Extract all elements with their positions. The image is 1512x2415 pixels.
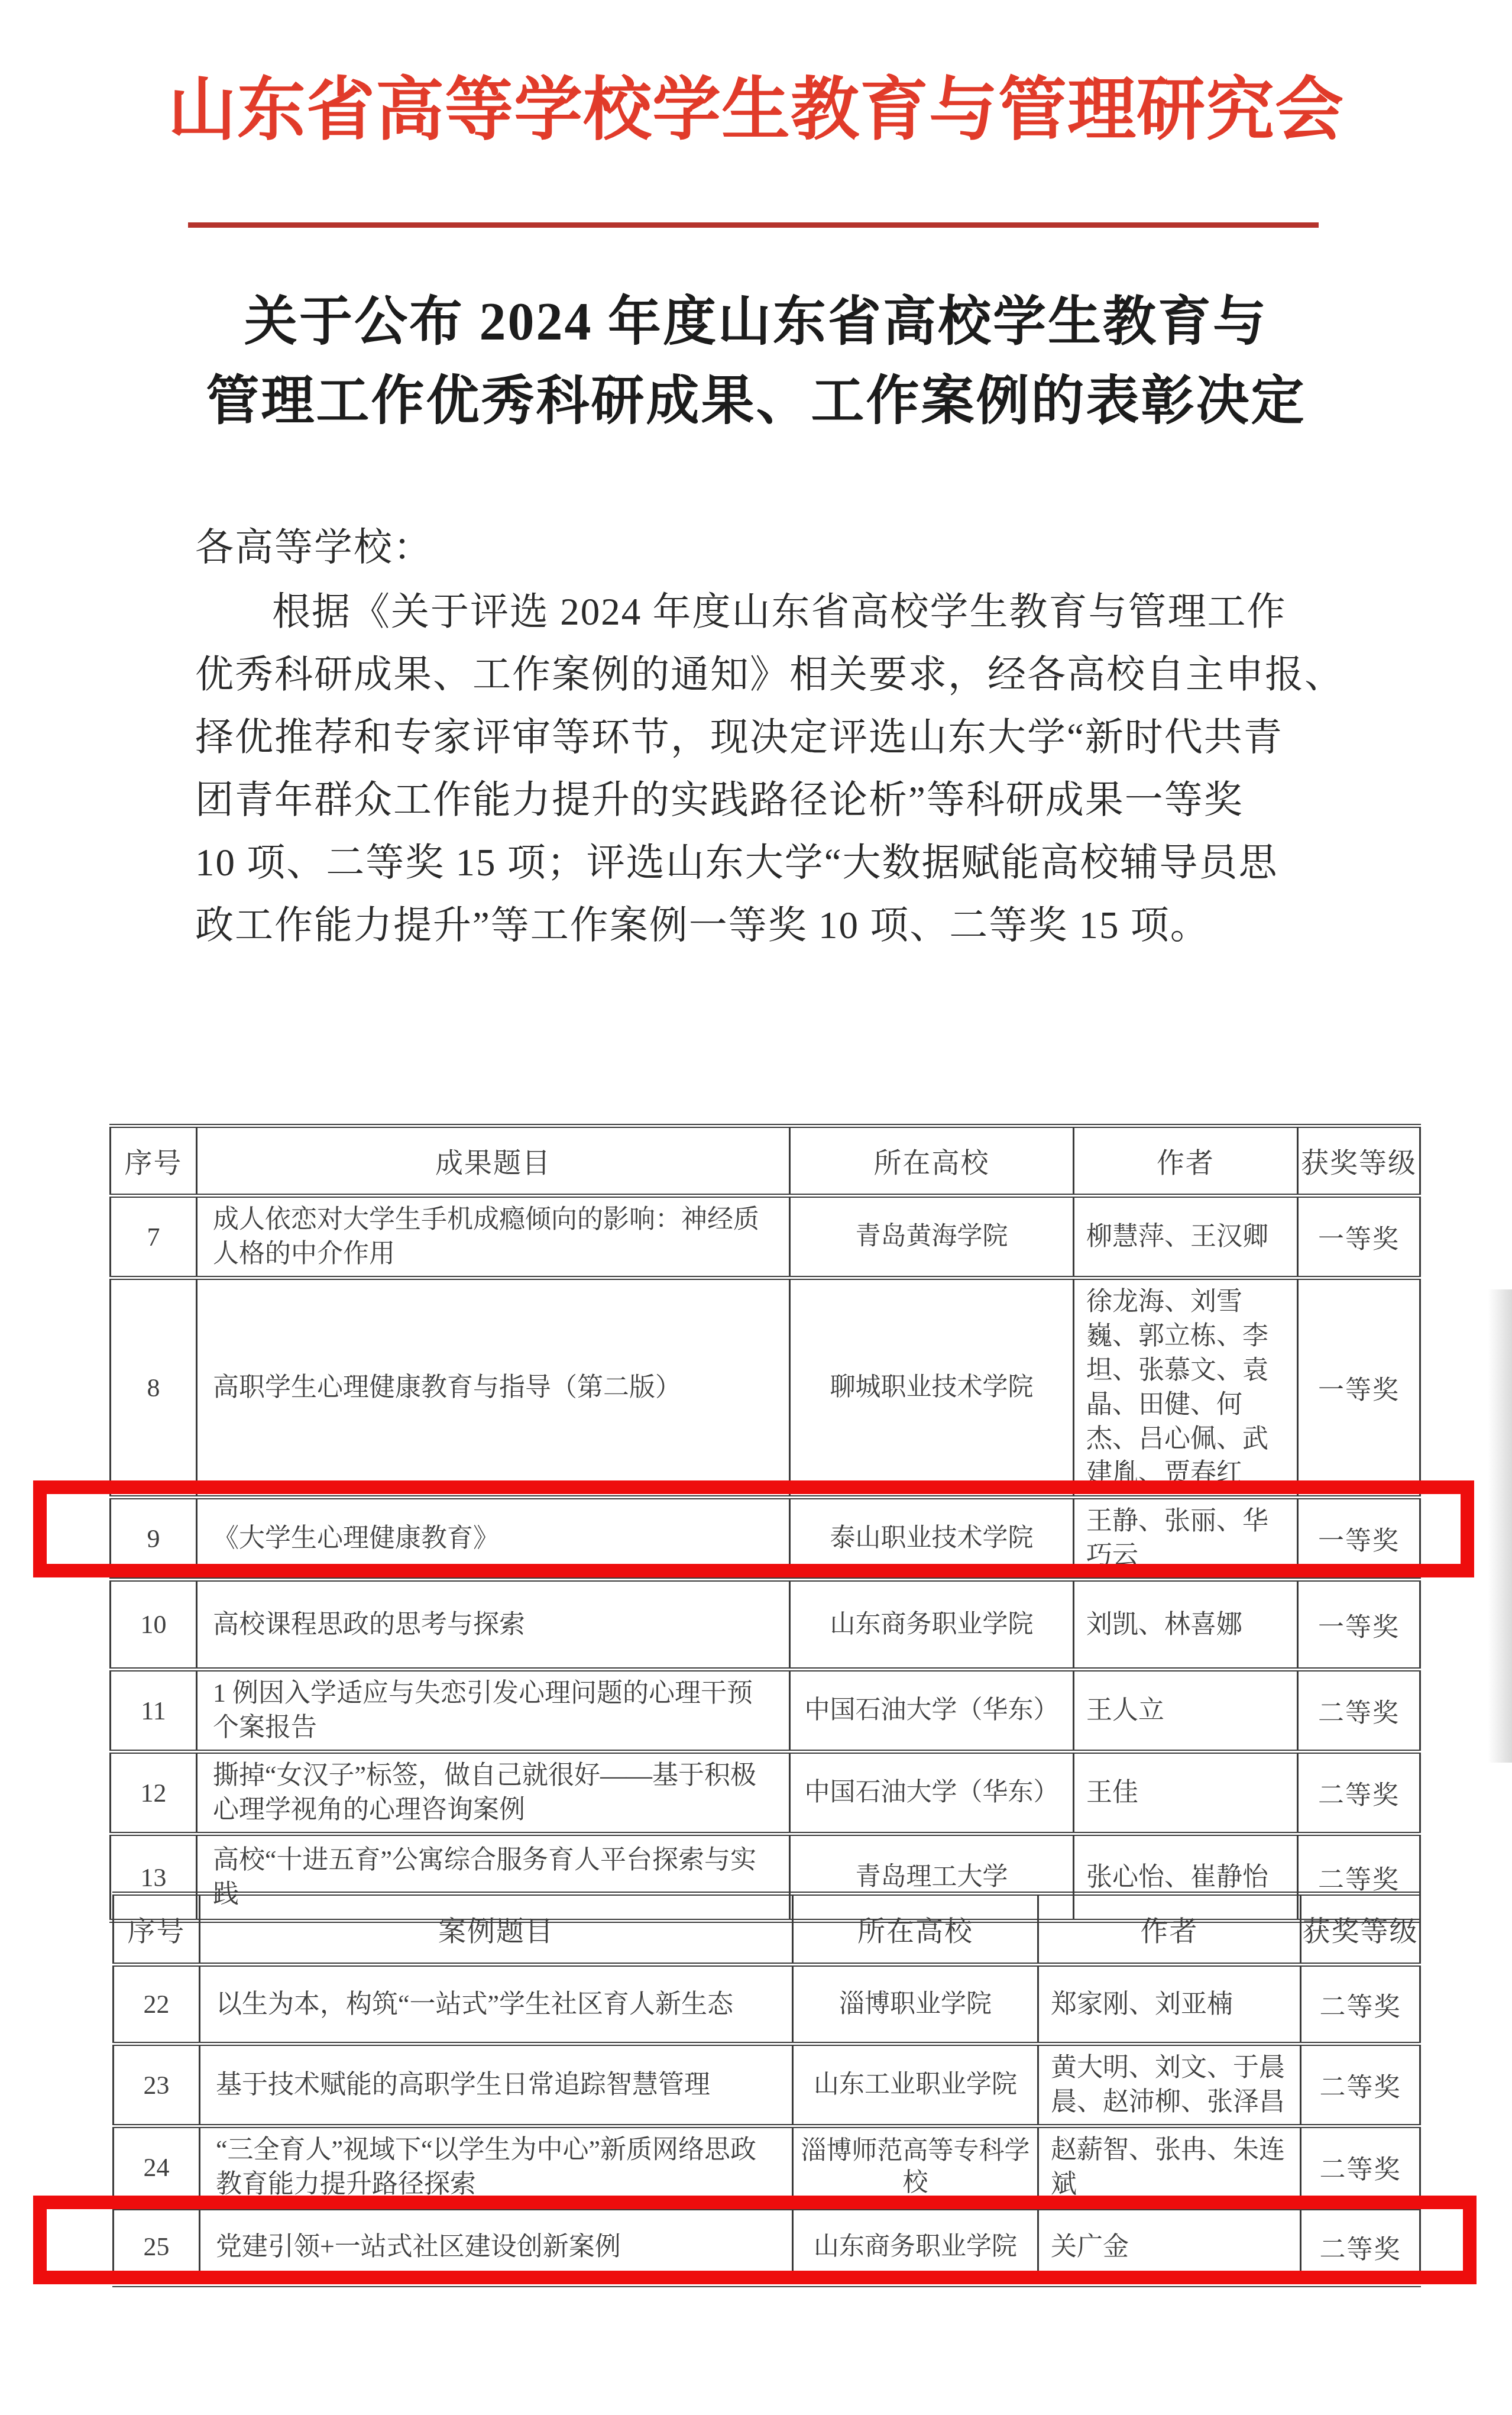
cell-seq: 24 (114, 2126, 200, 2209)
red-divider-line (188, 222, 1319, 228)
table-header-row: 序号 案例题目 所在高校 作者 获奖等级 (114, 1894, 1420, 1965)
cell-seq: 12 (111, 1752, 197, 1834)
cell-school: 淄博师范高等专科学校 (793, 2126, 1038, 2209)
paragraph-line: 政工作能力提升”等工作案例一等奖 10 项、二等奖 15 项。 (195, 894, 1354, 957)
col-header-title: 成果题目 (197, 1126, 790, 1196)
cell-seq: 10 (111, 1580, 197, 1670)
table-row: 24 “三全育人”视域下“以学生为中心”新质网络思政教育能力提升路径探索 淄博师… (114, 2126, 1420, 2209)
cell-title: “三全育人”视域下“以学生为中心”新质网络思政教育能力提升路径探索 (200, 2126, 793, 2209)
cell-title: 成人依恋对大学生手机成瘾倾向的影响：神经质人格的中介作用 (197, 1196, 790, 1278)
cell-award: 一等奖 (1298, 1498, 1420, 1580)
cell-authors: 关广金 (1038, 2209, 1301, 2285)
cell-award: 二等奖 (1301, 2209, 1420, 2285)
cell-school: 中国石油大学（华东） (790, 1670, 1074, 1752)
cell-school: 聊城职业技术学院 (790, 1278, 1074, 1498)
cell-authors: 黄大明、刘文、于晨晨、赵沛柳、张泽昌 (1038, 2044, 1301, 2126)
col-header-seq: 序号 (111, 1126, 197, 1196)
col-header-seq: 序号 (114, 1894, 200, 1965)
cell-seq: 8 (111, 1278, 197, 1498)
cell-school: 淄博职业学院 (793, 1965, 1038, 2044)
cell-award: 一等奖 (1298, 1580, 1420, 1670)
paragraph-line: 团青年群众工作能力提升的实践路径论析”等科研成果一等奖 (195, 769, 1354, 832)
cell-school: 山东商务职业学院 (790, 1580, 1074, 1670)
cell-award: 二等奖 (1298, 1752, 1420, 1834)
cell-title: 基于技术赋能的高职学生日常追踪智慧管理 (200, 2044, 793, 2126)
table-row: 8 高职学生心理健康教育与指导（第二版） 聊城职业技术学院 徐龙海、刘雪巍、郭立… (111, 1278, 1420, 1498)
table-row: 9 《大学生心理健康教育》 泰山职业技术学院 王静、张丽、华巧云 一等奖 (111, 1498, 1420, 1580)
table-row: 23 基于技术赋能的高职学生日常追踪智慧管理 山东工业职业学院 黄大明、刘文、于… (114, 2044, 1420, 2126)
cell-school: 中国石油大学（华东） (790, 1752, 1074, 1834)
cell-title: 1 例因入学适应与失恋引发心理问题的心理干预个案报告 (197, 1670, 790, 1752)
table-row-highlighted: 10 高校课程思政的思考与探索 山东商务职业学院 刘凯、林喜娜 一等奖 (111, 1580, 1420, 1670)
table-row: 11 1 例因入学适应与失恋引发心理问题的心理干预个案报告 中国石油大学（华东）… (111, 1670, 1420, 1752)
col-header-award: 获奖等级 (1298, 1126, 1420, 1196)
cell-seq: 23 (114, 2044, 200, 2126)
document-page: 山东省高等学校学生教育与管理研究会 关于公布 2024 年度山东省高校学生教育与… (0, 0, 1512, 2415)
cell-title: 高职学生心理健康教育与指导（第二版） (197, 1278, 790, 1498)
cell-title: 以生为本，构筑“一站式”学生社区育人新生态 (200, 1965, 793, 2044)
paragraph-line: 根据《关于评选 2024 年度山东省高校学生教育与管理工作 (195, 581, 1354, 644)
col-header-school: 所在高校 (793, 1894, 1038, 1965)
cell-authors: 郑家刚、刘亚楠 (1038, 1965, 1301, 2044)
doc-title: 关于公布 2024 年度山东省高校学生教育与 管理工作优秀科研成果、工作案例的表… (0, 283, 1512, 441)
table-row: 7 成人依恋对大学生手机成瘾倾向的影响：神经质人格的中介作用 青岛黄海学院 柳慧… (111, 1196, 1420, 1278)
org-title: 山东省高等学校学生教育与管理研究会 (0, 54, 1512, 153)
cell-seq: 11 (111, 1670, 197, 1752)
table-row-highlighted: 25 党建引领+一站式社区建设创新案例 山东商务职业学院 关广金 二等奖 (114, 2209, 1420, 2285)
cell-authors: 柳慧萍、王汉卿 (1074, 1196, 1298, 1278)
cell-seq: 22 (114, 1965, 200, 2044)
paragraph-line: 优秀科研成果、工作案例的通知》相关要求，经各高校自主申报、 (195, 644, 1354, 706)
salutation: 各高等学校： (195, 516, 433, 571)
table-row: 12 撕掉“女汉子”标签，做自己就很好——基于积极心理学视角的心理咨询案例 中国… (111, 1752, 1420, 1834)
col-header-author: 作者 (1038, 1894, 1301, 1965)
cell-award: 二等奖 (1298, 1670, 1420, 1752)
cell-award: 二等奖 (1301, 2044, 1420, 2126)
cell-school: 青岛黄海学院 (790, 1196, 1074, 1278)
cell-authors: 赵薪智、张冉、朱连斌 (1038, 2126, 1301, 2209)
cell-award: 二等奖 (1301, 2126, 1420, 2209)
table-header-row: 序号 成果题目 所在高校 作者 获奖等级 (111, 1126, 1420, 1196)
cell-authors: 王静、张丽、华巧云 (1074, 1498, 1298, 1580)
doc-title-line1: 关于公布 2024 年度山东省高校学生教育与 (0, 283, 1512, 362)
scan-artifact (1488, 1289, 1512, 1763)
cell-authors: 徐龙海、刘雪巍、郭立栋、李坦、张慕文、袁晶、田健、何杰、吕心佩、武建胤、贾春红 (1074, 1278, 1298, 1498)
cell-authors: 王佳 (1074, 1752, 1298, 1834)
cell-title: 高校课程思政的思考与探索 (197, 1580, 790, 1670)
cell-award: 一等奖 (1298, 1278, 1420, 1498)
paragraph-line: 择优推荐和专家评审等环节，现决定评选山东大学“新时代共青 (195, 706, 1354, 769)
cell-title: 《大学生心理健康教育》 (197, 1498, 790, 1580)
col-header-title: 案例题目 (200, 1894, 793, 1965)
cell-authors: 刘凯、林喜娜 (1074, 1580, 1298, 1670)
table-row: 22 以生为本，构筑“一站式”学生社区育人新生态 淄博职业学院 郑家刚、刘亚楠 … (114, 1965, 1420, 2044)
doc-title-line2: 管理工作优秀科研成果、工作案例的表彰决定 (0, 362, 1512, 441)
cell-seq: 9 (111, 1498, 197, 1580)
cell-award: 二等奖 (1301, 1965, 1420, 2044)
cell-school: 山东工业职业学院 (793, 2044, 1038, 2126)
col-header-author: 作者 (1074, 1126, 1298, 1196)
cell-seq: 25 (114, 2209, 200, 2285)
cases-table: 序号 案例题目 所在高校 作者 获奖等级 22 以生为本，构筑“一站式”学生社区… (112, 1892, 1421, 2287)
paragraph-line: 10 项、二等奖 15 项；评选山东大学“大数据赋能高校辅导员思 (195, 832, 1354, 894)
cell-school: 山东商务职业学院 (793, 2209, 1038, 2285)
col-header-school: 所在高校 (790, 1126, 1074, 1196)
results-table: 序号 成果题目 所在高校 作者 获奖等级 7 成人依恋对大学生手机成瘾倾向的影响… (109, 1124, 1421, 1923)
cell-seq: 7 (111, 1196, 197, 1278)
cell-title: 撕掉“女汉子”标签，做自己就很好——基于积极心理学视角的心理咨询案例 (197, 1752, 790, 1834)
cell-title: 党建引领+一站式社区建设创新案例 (200, 2209, 793, 2285)
col-header-award: 获奖等级 (1301, 1894, 1420, 1965)
body-paragraph: 根据《关于评选 2024 年度山东省高校学生教育与管理工作 优秀科研成果、工作案… (195, 581, 1354, 957)
cell-authors: 王人立 (1074, 1670, 1298, 1752)
cell-award: 一等奖 (1298, 1196, 1420, 1278)
cell-school: 泰山职业技术学院 (790, 1498, 1074, 1580)
